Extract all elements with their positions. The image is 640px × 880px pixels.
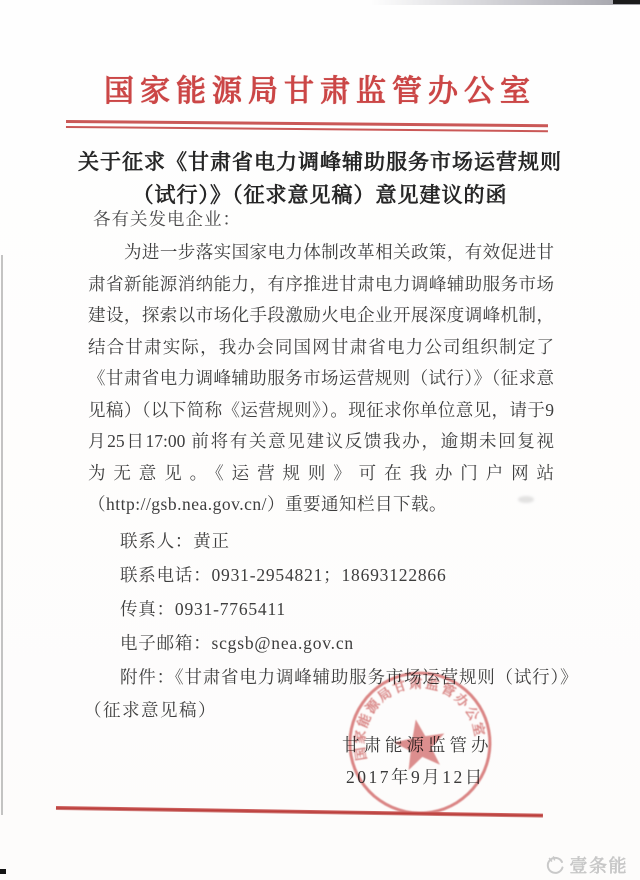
- agency-letterhead: 国家能源局甘肃监管办公室: [0, 72, 640, 112]
- contact-person: 联系人：黄正: [120, 524, 578, 558]
- attachment-note: （征求意见稿）: [84, 697, 217, 722]
- body-line: 月25日17:00 前将有关意见建议反馈我办，逾期未回复视: [88, 426, 554, 458]
- brand-watermark: 壹条能: [544, 852, 629, 878]
- brand-icon: [544, 854, 566, 876]
- body-line: 见稿）（以下简称《运营规则》）。现征求你单位意见，请于9: [88, 395, 554, 427]
- body-line: 为进一步落实国家电力体制改革相关政策，有效促进甘: [88, 237, 554, 269]
- body-line: 《甘肃省电力调峰辅助服务市场运营规则（试行）》（征求意: [88, 363, 554, 395]
- body-line: 为无意见。《运营规则》可在我办门户网站: [88, 458, 554, 490]
- body-line: 建设，探索以市场化手段激励火电企业开展深度调峰机制，: [88, 300, 554, 332]
- scan-artifact-top-band: [370, 0, 640, 5]
- body-line: 肃省新能源消纳能力，有序推进甘肃电力调峰辅助服务市场: [88, 269, 554, 301]
- scanned-document: { "page": { "header": { "agency": "国家能源局…: [0, 0, 640, 880]
- scan-artifact-top-corner: [613, 0, 640, 4]
- body-paragraph: 为进一步落实国家电力体制改革相关政策，有效促进甘 肃省新能源消纳能力，有序推进甘…: [88, 237, 554, 521]
- body-line-download-url: （http://gsb.nea.gov.cn/）重要通知栏目下载。: [88, 489, 554, 521]
- scan-artifact-bottom-speck: [0, 869, 6, 874]
- contact-email: 电子邮箱：scgsb@nea.gov.cn: [120, 626, 578, 660]
- brand-name: 壹条能: [570, 852, 629, 878]
- seal-star-icon: [390, 715, 449, 772]
- document-title: 关于征求《甘肃省电力调峰辅助服务市场运营规则 （试行）》（征求意见稿）意见建议的…: [0, 146, 640, 212]
- contact-phone: 联系电话：0931-2954821；18693122866: [120, 558, 578, 592]
- document-title-line1: 关于征求《甘肃省电力调峰辅助服务市场运营规则: [0, 146, 640, 179]
- salutation: 各有关发电企业：: [93, 208, 241, 230]
- scan-artifact-left-edge: [1, 255, 3, 815]
- body-line: 结合甘肃实际，我办会同国网甘肃省电力公司组织制定了: [88, 332, 554, 364]
- letterhead-rule: [66, 120, 548, 132]
- contact-fax: 传真：0931-7765411: [120, 592, 578, 626]
